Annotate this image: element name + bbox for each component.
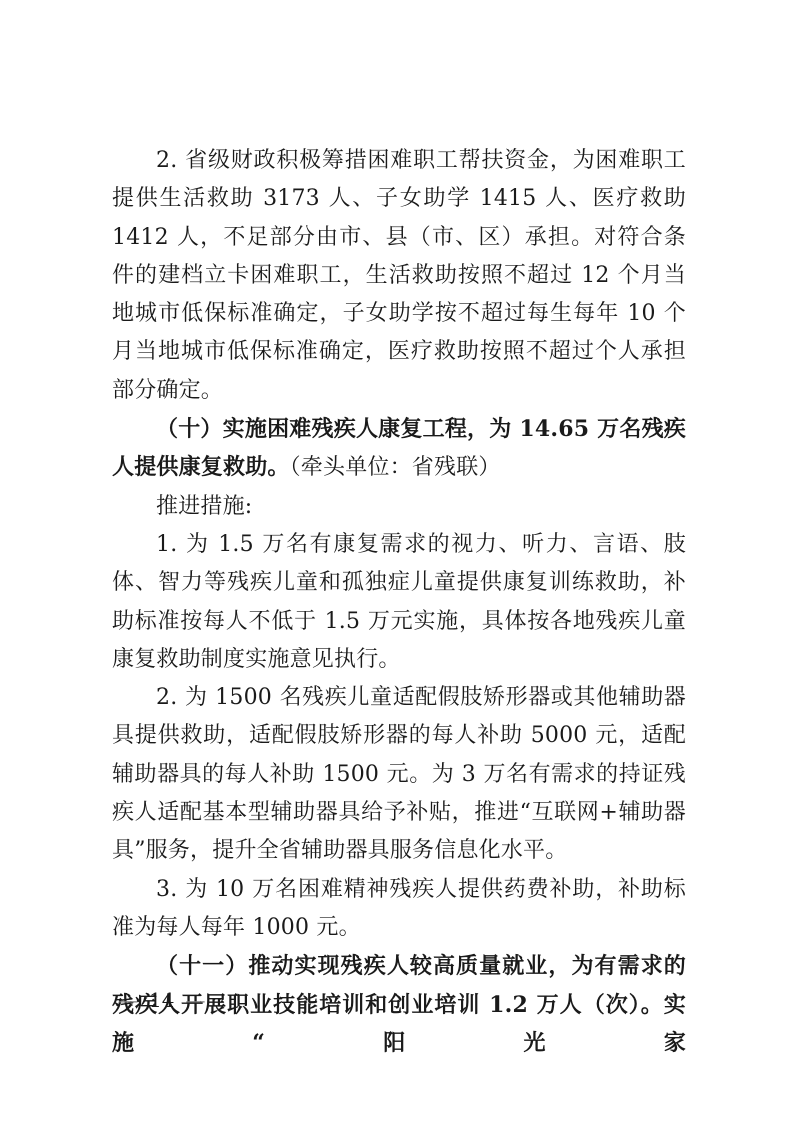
paragraph-worker-relief-measure-2: 2. 省级财政积极筹措困难职工帮扶资金，为困难职工提供生活救助 3173 人、子… [112,142,686,410]
page-number: 14 [149,988,174,1012]
section-heading-10-lead-unit: （牵头单位：省残联） [290,455,501,480]
paragraph-section-10-measure-2: 2. 为 1500 名残疾儿童适配假肢矫形器或其他辅助器具提供救助，适配假肢矫形… [112,679,686,870]
paragraph-measures-label: 推进措施: [112,488,686,526]
paragraph-section-10-measure-1: 1. 为 1.5 万名有康复需求的视力、听力、言语、肢体、智力等残疾儿童和孤独症… [112,526,686,679]
section-heading-10: （十）实施困难残疾人康复工程，为 14.65 万名残疾人提供康复救助。（牵头单位… [112,410,686,488]
footer-dash-left: — [118,988,138,1012]
footer-dash-right: — [185,988,205,1012]
document-body: 2. 省级财政积极筹措困难职工帮扶资金，为困难职工提供生活救助 3173 人、子… [112,142,686,1062]
page-footer: —14— [118,986,205,1014]
document-page: 2. 省级财政积极筹措困难职工帮扶资金，为困难职工提供生活救助 3173 人、子… [0,0,793,1122]
paragraph-section-10-measure-3: 3. 为 10 万名困难精神残疾人提供药费补助，补助标准为每人每年 1000 元… [112,871,686,948]
